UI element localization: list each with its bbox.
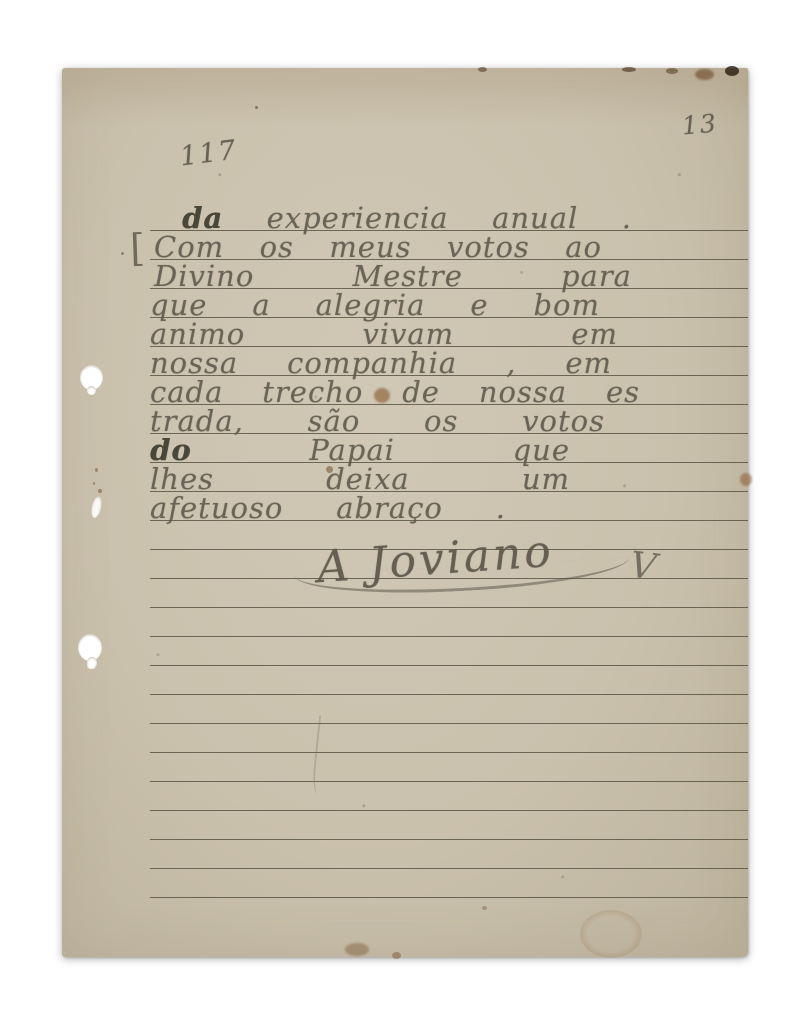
bottom-stain [392, 952, 401, 959]
ink-speck [255, 106, 258, 109]
burn-stain [622, 67, 636, 72]
handwritten-line-11: afetuosoabraço. [150, 494, 506, 523]
pencil-dot [121, 252, 124, 255]
handwritten-line-4: queaalegriaebom [150, 291, 600, 320]
tear-speck [95, 468, 98, 472]
handwritten-line-8: trada,sãoosvotos [150, 407, 605, 436]
punch-hole-bottom-tail [87, 657, 97, 669]
burn-stain [725, 66, 739, 76]
handwritten-line-3: DivinoMestrepara [154, 262, 632, 291]
bottom-stain [345, 943, 369, 956]
bottom-stain [482, 906, 487, 910]
handwritten-line-5: animovivamem [150, 320, 618, 349]
punch-hole-top-tail [87, 386, 96, 395]
letter-paper: 117 13 [ daexperienciaanual. Comosmeusvo… [62, 68, 748, 957]
folio-number: 13 [681, 108, 719, 140]
handwritten-line-10: lhesdeixaum [150, 465, 570, 494]
paper-tear [90, 495, 103, 518]
handwritten-line-6: nossacompanhia,em [150, 349, 612, 378]
burn-stain [695, 69, 714, 80]
handwritten-line-1: daexperienciaanual. [182, 204, 632, 233]
faint-ring-stain [580, 910, 642, 958]
handwritten-line-7: cadatrechodenossaes [150, 378, 640, 407]
page-number-pencil: 117 [178, 135, 239, 173]
burn-stain [666, 68, 678, 74]
tear-speck [98, 489, 102, 493]
check-mark: V [628, 545, 659, 589]
margin-bracket: [ [129, 226, 145, 270]
handwritten-line-9: doPapaique [150, 436, 570, 465]
tear-speck [93, 482, 95, 485]
brown-stain [740, 473, 752, 486]
burn-stain [478, 67, 487, 72]
handwritten-line-2: Comosmeusvotosao [154, 233, 602, 262]
